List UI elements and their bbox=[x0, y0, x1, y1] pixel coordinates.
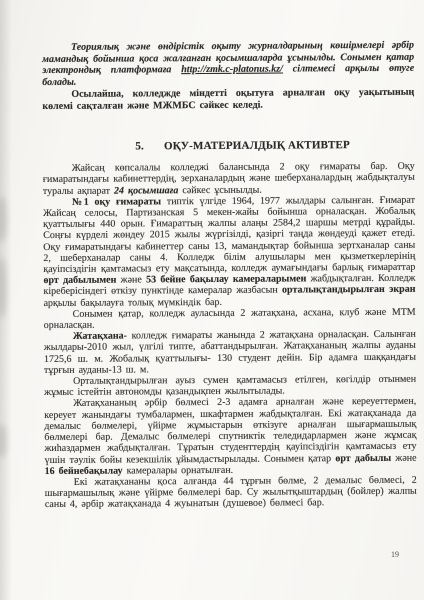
paragraph-buildings-overview: Жайсаң көпсалалы колледжі балансында 2 о… bbox=[43, 161, 415, 197]
body-text: камералары орнатылған. bbox=[123, 465, 234, 477]
annex-24-reference: 24 қосымшаға bbox=[114, 185, 178, 196]
central-screen-emphasis: орталықтандырылған экран bbox=[282, 284, 416, 296]
document-content: Теориялық және өндірістік оқыту журналда… bbox=[42, 40, 417, 511]
intro-block: Теориялық және өндірістік оқыту журналда… bbox=[42, 40, 414, 112]
scanned-document-page: Теориялық және өндірістік оқыту журналда… bbox=[0, 0, 424, 600]
intro-paragraph: Теориялық және өндірістік оқыту журналда… bbox=[42, 40, 414, 89]
fire-alarm-emphasis-2: өрт дабылы bbox=[335, 452, 391, 463]
conclusion-paragraph: Осылайша, колледжде міндетті оқытуға арн… bbox=[42, 87, 414, 113]
section-number: 5. bbox=[135, 141, 144, 153]
scan-artifact bbox=[0, 258, 7, 318]
body-text: сәйкес ұсынылды. bbox=[178, 184, 262, 196]
cctv-16-emphasis: 16 бейнебақылау bbox=[45, 465, 123, 476]
body-text: арқылы бақылауға толық мүмкіндік бар. bbox=[44, 297, 222, 309]
paragraph-dorm-rooms: Жатақхананың әрбір бөлмесі 2-3 адамға ар… bbox=[44, 396, 416, 477]
scan-artifact bbox=[0, 424, 7, 458]
fire-alarm-emphasis: өрт дабылымен bbox=[43, 275, 116, 286]
body-text: және bbox=[391, 452, 416, 463]
platform-url-link[interactable]: http://zmk.c-platonus.kz/ bbox=[181, 64, 283, 76]
page-number: 19 bbox=[391, 550, 399, 559]
section-title: ОҚУ-МАТЕРИАЛДЫҚ АКТИВТЕР bbox=[164, 139, 350, 152]
paragraph-building-1: №1 оқу ғимараты типтік үлгіде 1964, 1977… bbox=[43, 195, 416, 309]
building-1-label: №1 оқу ғимараты bbox=[72, 196, 161, 208]
section-heading: 5. ОҚУ-МАТЕРИАЛДЫҚ АКТИВТЕР bbox=[57, 139, 424, 153]
body-text: және bbox=[116, 275, 146, 286]
paragraph-dorm-totals: Екі жатақхананы қоса алғанда 44 тұрғын б… bbox=[45, 475, 417, 511]
paragraph-campus-facilities: Сонымен қатар, колледж ауласында 2 жатақ… bbox=[44, 307, 416, 332]
paragraph-dormitory: Жатақхана- колледж ғимараты жанында 2 жа… bbox=[44, 329, 416, 376]
section-body: Жайсаң көпсалалы колледжі балансында 2 о… bbox=[43, 161, 417, 511]
scan-artifact bbox=[0, 196, 7, 242]
paragraph-utilities: Орталықтандырылған ауыз сумен қамтамасыз… bbox=[44, 374, 416, 399]
dormitory-label: Жатақхана- bbox=[73, 331, 127, 342]
